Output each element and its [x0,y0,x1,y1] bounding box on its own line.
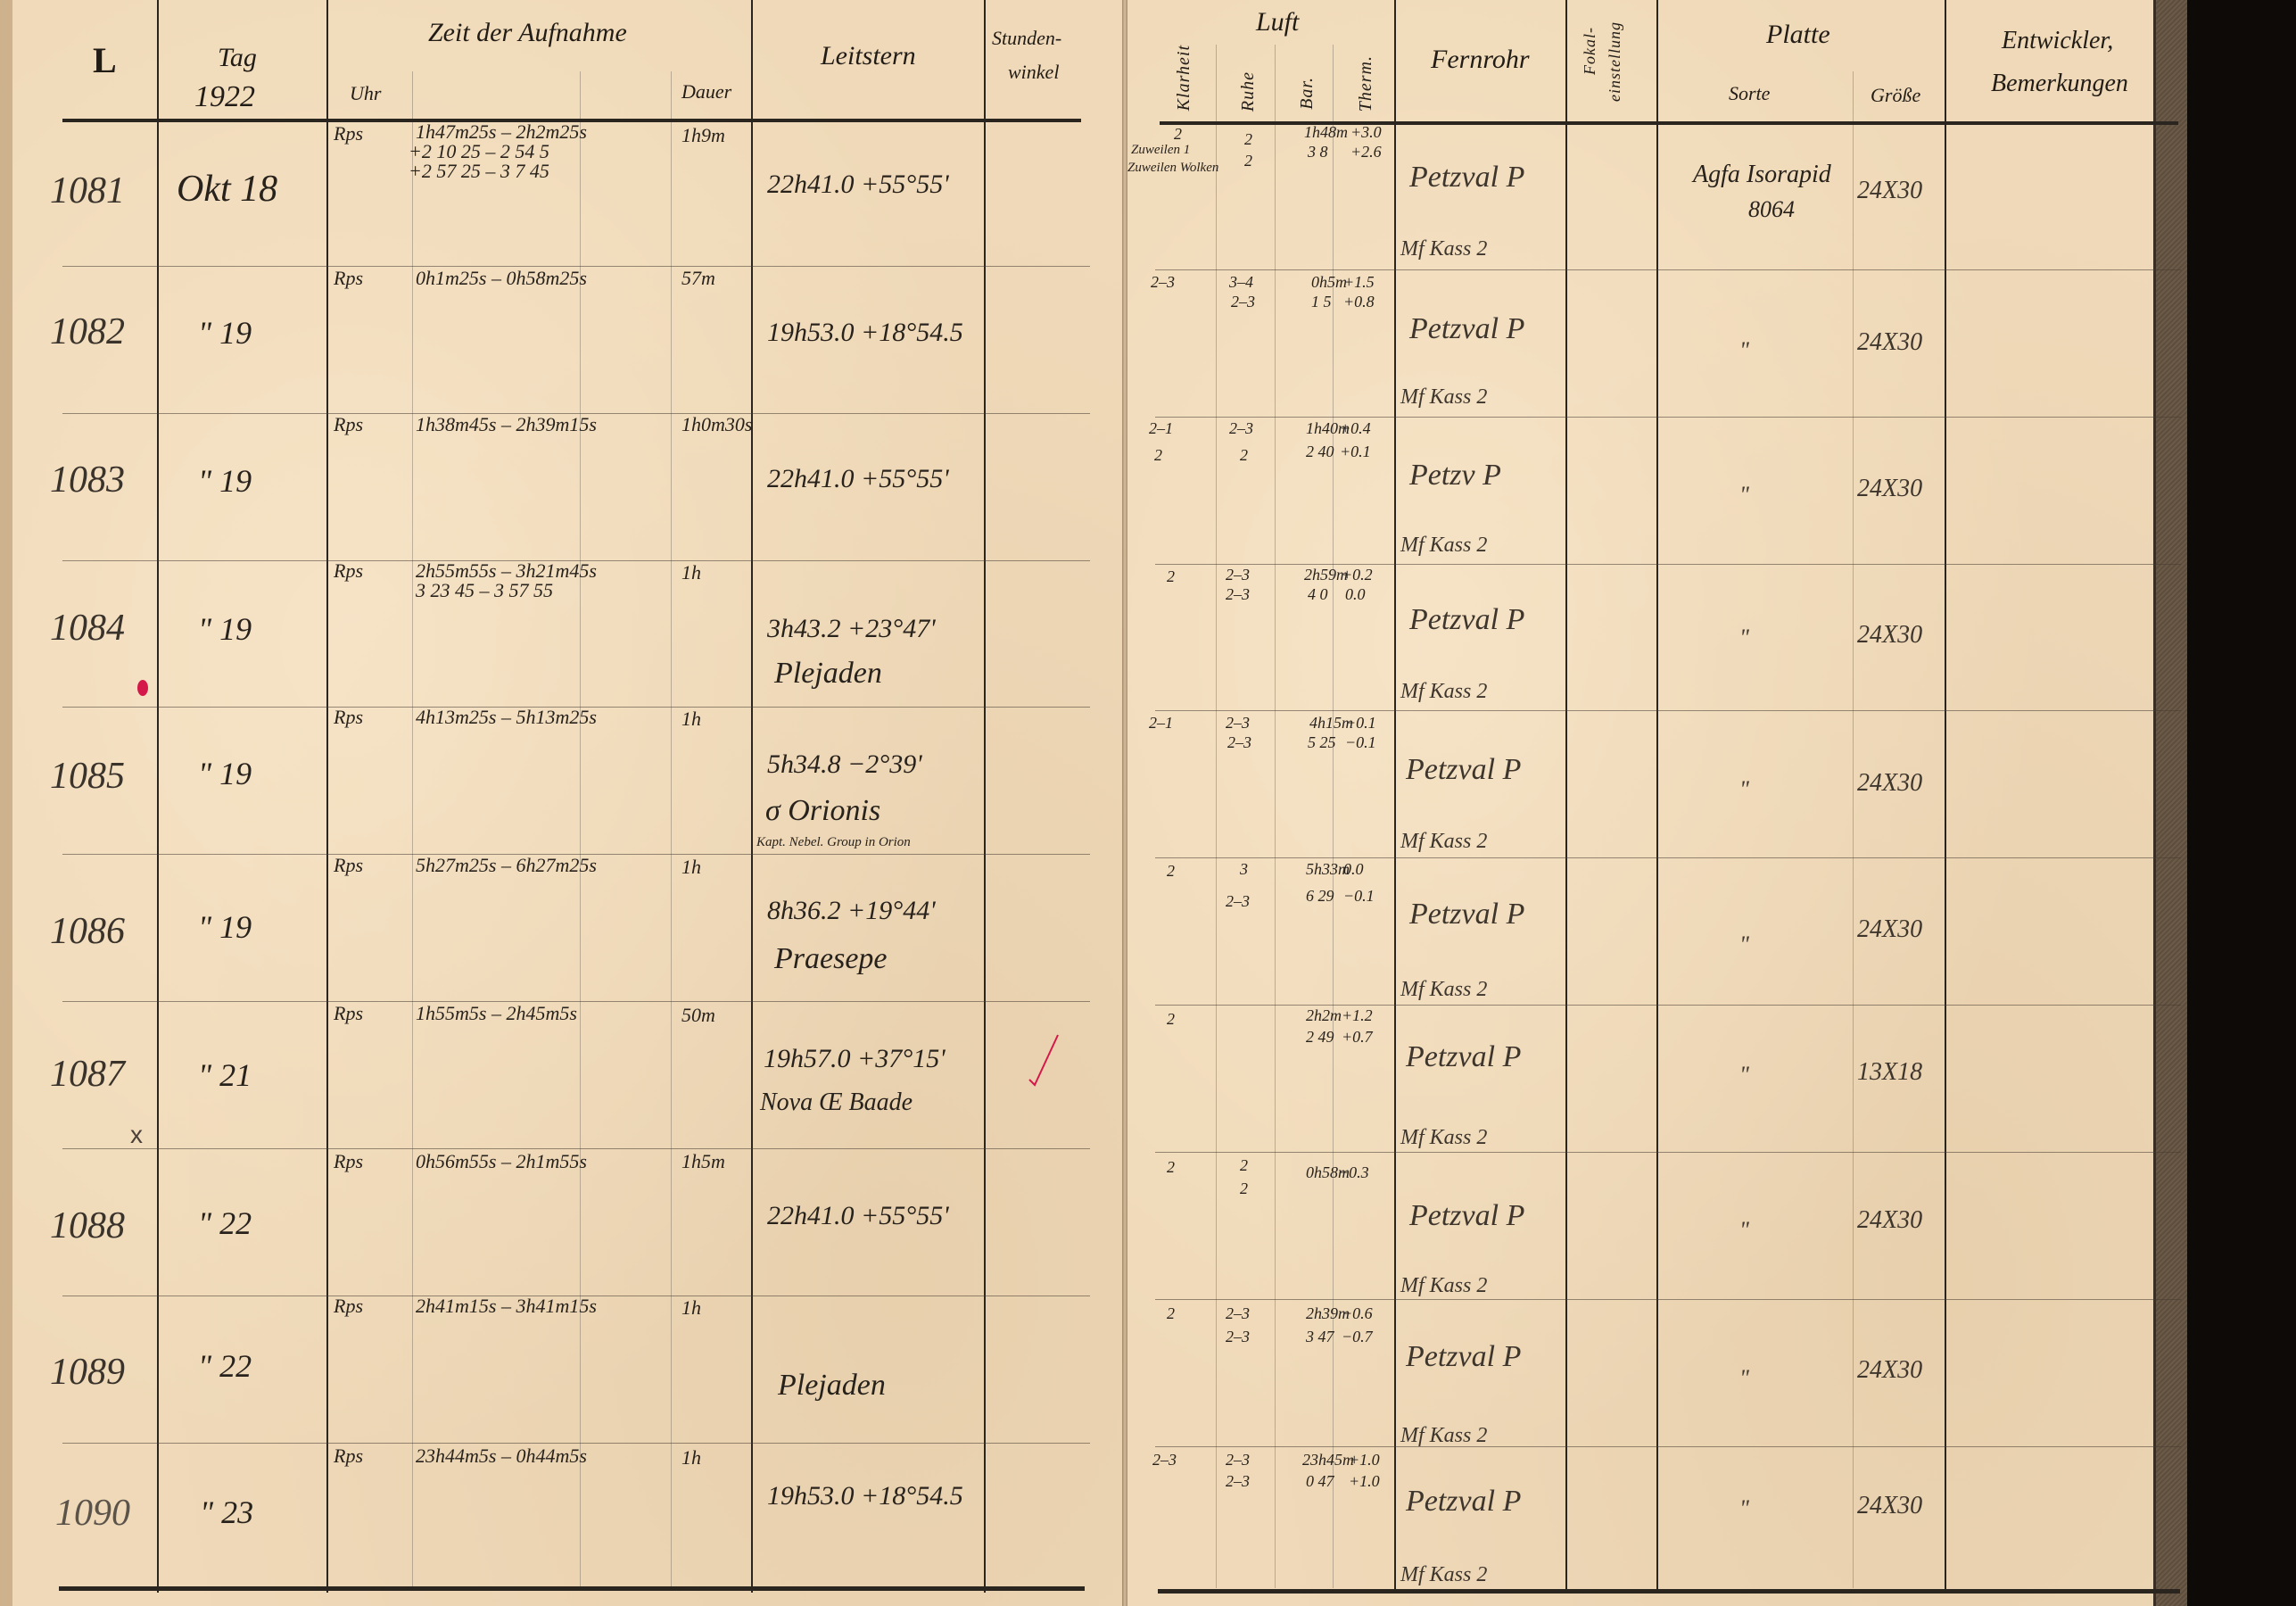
thermometer-2: +2.6 [1350,143,1382,161]
exposure-time-1: 2h41m15s – 3h41m15s [416,1296,597,1317]
col-divider-dauer-leitstern [751,0,753,1593]
plate-type-ditto: " [1739,776,1749,803]
duration: 1h0m30s [681,414,752,435]
clarity-2: Zuweilen 1 [1131,143,1190,158]
row-rule [62,1443,1090,1444]
date: " 22 [198,1204,252,1242]
guide-star: 19h53.0 +18°54.5 [767,318,963,348]
plate-type-ditto: " [1739,1217,1749,1244]
thermometer-1: +3.0 [1350,123,1382,141]
header-zeit-der-aufnahme: Zeit der Aufnahme [428,18,627,48]
plate-size: 24X30 [1857,328,1922,357]
row-rule [62,1148,1090,1149]
object-name: Plejaden [778,1369,886,1403]
left-page [0,0,1126,1606]
col-divider-uhr [412,71,413,1588]
clarity-1: 2 [1167,1010,1175,1028]
thermometer-1: −0.1 [1345,714,1376,732]
clarity-1: 2–1 [1149,714,1173,732]
header-ruhe: Ruhe [1238,71,1259,112]
guide-star: 22h41.0 +55°55' [767,1201,949,1231]
red-dot-mark [137,680,148,696]
clock: Rps [334,414,363,435]
cassette: Mf Kass 2 [1400,978,1487,1002]
plate-number: 1085 [50,755,125,798]
col-divider-luft-fernrohr [1394,0,1396,1593]
row-rule [1155,1005,2181,1006]
cassette: Mf Kass 2 [1400,534,1487,558]
object-note: Kapt. Nebel. Group in Orion [756,835,911,850]
plate-size: 24X30 [1857,1206,1922,1235]
telescope: Petzval P [1406,1485,1521,1519]
barometer-1: 1h48m [1304,123,1348,141]
duration: 1h [681,562,701,584]
duration: 50m [681,1005,715,1026]
seeing-2: 2–3 [1226,1472,1250,1490]
plate-type-ditto: " [1739,931,1749,958]
clarity-1: 2 [1167,567,1175,585]
col-divider-klarheit-ruhe [1216,45,1217,1588]
duration: 1h5m [681,1151,725,1172]
barometer-1: 23h45m [1302,1451,1354,1469]
plate-size: 13X18 [1857,1058,1922,1087]
date: Okt 18 [177,168,277,211]
seeing-1: 2–3 [1226,566,1250,584]
header-l: L [93,39,117,81]
thermometer-1: +1.5 [1343,273,1375,291]
date: " 19 [198,314,252,352]
clock: Rps [334,123,363,145]
exposure-time-1: 23h44m5s – 0h44m5s [416,1445,587,1467]
row-rule [1155,1446,2181,1447]
date: " 19 [198,755,252,792]
clarity-1: 2 [1167,862,1175,880]
clock: Rps [334,1003,363,1024]
footer-rule-left [59,1586,1085,1591]
red-check-mark-icon [1028,1033,1060,1087]
cassette: Mf Kass 2 [1400,1563,1487,1587]
exposure-time-1: 0h56m55s – 2h1m55s [416,1151,587,1172]
telescope: Petzval P [1409,603,1524,637]
clock: Rps [334,1151,363,1172]
plate-number: 1086 [50,910,125,953]
seeing-2: 2 [1240,1180,1248,1197]
col-divider-fokal-platte [1656,0,1658,1593]
plate-size: 24X30 [1857,475,1922,503]
guide-star: 19h53.0 +18°54.5 [767,1481,963,1511]
plate-number: 1081 [50,170,125,212]
x-mark: x [130,1121,143,1149]
barometer-2: 6 29 [1306,887,1334,905]
seeing-2: 2 [1240,446,1248,464]
exposure-time-2: 3 23 45 – 3 57 55 [416,580,553,601]
plate-size: 24X30 [1857,1492,1922,1520]
thermometer-1: −0.3 [1338,1163,1369,1181]
header-bemerkungen: Bemerkungen [1991,70,2128,98]
col-divider-platte-entwickler [1945,0,1946,1593]
clarity-1: 2 [1167,1158,1175,1176]
exposure-time-1: 5h27m25s – 6h27m25s [416,855,597,876]
duration: 1h9m [681,125,725,146]
exposure-time-1: 1h38m45s – 2h39m15s [416,414,597,435]
clock: Rps [334,268,363,289]
col-divider-sorte-groesse [1853,71,1854,1588]
seeing-1: 3 [1240,860,1248,878]
seeing-2: 2–3 [1231,293,1255,310]
seeing-2: 2 [1244,152,1252,170]
seeing-1: 2–3 [1226,1304,1250,1322]
col-divider-leitstern-stunden [984,0,986,1593]
thermometer-1: +1.2 [1342,1006,1373,1024]
seeing-1: 3–4 [1229,273,1253,291]
thermometer-2: +0.1 [1340,443,1371,460]
object-name: σ Orionis [765,794,880,828]
clock: Rps [334,1445,363,1467]
thermometer-2: −0.1 [1343,887,1375,905]
right-page [1126,0,2153,1606]
thermometer-2: −0.7 [1342,1328,1373,1345]
header-entwickler: Entwickler, [2002,27,2113,55]
seeing-1: 2–3 [1229,419,1253,437]
book-gutter [1122,0,1127,1606]
date: " 19 [198,462,252,500]
header-bar: Bar. [1297,77,1317,110]
header-stundenwinkel-2: winkel [1008,61,1059,84]
barometer-2: 4 0 [1308,585,1328,603]
plate-type: Agfa Isorapid [1693,161,1831,189]
header-groesse: Größe [1871,84,1920,107]
plate-number: 1090 [55,1492,130,1535]
col-divider-zeit-inner-2 [671,71,672,1588]
duration: 1h [681,1297,701,1319]
plate-size: 24X30 [1857,1356,1922,1385]
plate-type-ditto: " [1739,1062,1749,1089]
thermometer-1: −0.6 [1342,1304,1373,1322]
plate-size: 24X30 [1857,915,1922,944]
plate-type-ditto: " [1739,625,1749,651]
date: " 23 [200,1494,253,1531]
cassette: Mf Kass 2 [1400,1274,1487,1298]
col-divider-l-tag [157,0,159,1593]
clarity-1: 2–3 [1152,1451,1177,1469]
seeing-2: 2–3 [1226,1328,1250,1345]
exposure-time-3: +2 57 25 – 3 7 45 [409,161,549,182]
object-name: Praesepe [774,942,888,976]
plate-number: 1089 [50,1351,125,1394]
plate-number: 1083 [50,459,125,501]
telescope: Petzv P [1409,459,1501,493]
col-divider-ruhe-bar [1275,45,1276,1588]
header-platte: Platte [1766,20,1830,50]
date: " 22 [198,1347,252,1385]
col-divider-zeit-inner [580,71,581,1588]
date: " 21 [198,1056,252,1094]
header-fokal-1: Fokal- [1581,27,1599,75]
barometer-2: 2 40 [1306,443,1334,460]
duration: 1h [681,708,701,730]
seeing-2: 2–3 [1226,892,1250,910]
plate-number: 1088 [50,1204,125,1247]
plate-size: 24X30 [1857,769,1922,798]
plate-size: 24X30 [1857,177,1922,205]
thermometer-2: −0.1 [1345,733,1376,751]
guide-star: 5h34.8 −2°39' [767,749,922,780]
cassette: Mf Kass 2 [1400,237,1487,261]
header-stundenwinkel-1: Stunden- [992,27,1061,50]
exposure-time-1: 1h55m5s – 2h45m5s [416,1003,577,1024]
header-fokal-2: einstellung [1606,21,1624,102]
row-rule [1155,710,2181,711]
header-klarheit: Klarheit [1174,45,1194,111]
cassette: Mf Kass 2 [1400,1126,1487,1150]
telescope: Petzval P [1409,898,1524,931]
thermometer-1: +1.0 [1349,1451,1380,1469]
exposure-time-1: 4h13m25s – 5h13m25s [416,707,597,728]
header-therm: Therm. [1356,55,1376,112]
row-rule [1155,269,2181,270]
plate-number: 1084 [50,607,125,650]
book-cover-edge [2153,0,2187,1606]
clock: Rps [334,855,363,876]
thermometer-2: +1.0 [1349,1472,1380,1490]
telescope: Petzval P [1406,1340,1521,1374]
header-year: 1922 [194,80,255,114]
row-rule [1155,857,2181,858]
header-leitstern: Leitstern [821,41,916,71]
plate-type-ditto: " [1739,482,1749,509]
thermometer-2: +0.7 [1342,1028,1373,1046]
barometer-2: 3 47 [1306,1328,1334,1345]
clarity-1: 2–1 [1149,419,1173,437]
guide-star: 3h43.2 +23°47' [767,614,936,644]
seeing-1: 2 [1244,130,1252,148]
barometer-2: 1 5 [1311,293,1332,310]
barometer-2: 3 8 [1308,143,1328,161]
thermometer-1: 0.0 [1343,860,1364,878]
guide-star: 8h36.2 +19°44' [767,896,936,926]
row-rule [1155,1299,2181,1300]
barometer-2: 2 49 [1306,1028,1334,1046]
plate-type-ditto: " [1739,1495,1749,1522]
seeing-2: 2–3 [1226,585,1250,603]
header-uhr: Uhr [350,82,381,105]
seeing-1: 2–3 [1226,714,1250,732]
row-rule [1155,1152,2181,1153]
cassette: Mf Kass 2 [1400,680,1487,704]
clock: Rps [334,560,363,582]
clock: Rps [334,707,363,728]
seeing-1: 2–3 [1226,1451,1250,1469]
clarity-1: 2 [1167,1304,1175,1322]
exposure-time-1: 0h1m25s – 0h58m25s [416,268,587,289]
seeing-1: 2 [1240,1156,1248,1174]
plate-batch: 8064 [1748,196,1795,223]
plate-type-ditto: " [1739,337,1749,364]
guide-star: 22h41.0 +55°55' [767,170,949,200]
telescope: Petzval P [1406,1040,1521,1074]
telescope: Petzval P [1409,1199,1524,1233]
telescope: Petzval P [1406,753,1521,787]
thermometer-2: 0.0 [1345,585,1366,603]
thermometer-1: +0.4 [1340,419,1371,437]
barometer-1: 0h5m [1311,273,1347,291]
object-name: Nova Œ Baade [760,1089,913,1117]
guide-star: 22h41.0 +55°55' [767,464,949,494]
clarity-3: Zuweilen Wolken [1127,161,1218,176]
col-divider-tag-zeit [326,0,328,1593]
telescope: Petzval P [1409,161,1524,195]
header-luft: Luft [1256,7,1299,37]
barometer-2: 0 47 [1306,1472,1334,1490]
barometer-1: 2h2m [1306,1006,1342,1024]
book-cover-background [2187,0,2296,1606]
col-divider-fernrohr-fokal [1565,0,1567,1593]
plate-number: 1082 [50,310,125,353]
thermometer-1: +0.2 [1342,566,1373,584]
clarity-2: 2 [1154,446,1162,464]
row-rule [1155,564,2181,565]
date: " 19 [198,908,252,946]
thermometer-2: +0.8 [1343,293,1375,310]
clarity-1: 2–3 [1151,273,1175,291]
clarity-1: 2 [1174,125,1182,143]
cassette: Mf Kass 2 [1400,385,1487,410]
guide-star: 19h57.0 +37°15' [764,1044,946,1074]
seeing-2: 2–3 [1227,733,1251,751]
barometer-2: 5 25 [1308,733,1336,751]
cassette: Mf Kass 2 [1400,1424,1487,1448]
footer-rule-right [1158,1589,2180,1594]
duration: 1h [681,1447,701,1469]
header-tag: Tag [218,43,257,73]
telescope: Petzval P [1409,312,1524,346]
date: " 19 [198,610,252,648]
cassette: Mf Kass 2 [1400,830,1487,854]
row-rule [1155,417,2181,418]
header-sorte: Sorte [1729,82,1770,105]
object-name: Plejaden [774,657,882,691]
duration: 57m [681,268,715,289]
plate-number: 1087 [50,1053,125,1096]
plate-size: 24X30 [1857,621,1922,650]
plate-type-ditto: " [1739,1365,1749,1392]
header-dauer: Dauer [681,80,731,103]
duration: 1h [681,857,701,878]
header-fernrohr: Fernrohr [1431,45,1530,75]
clock: Rps [334,1296,363,1317]
